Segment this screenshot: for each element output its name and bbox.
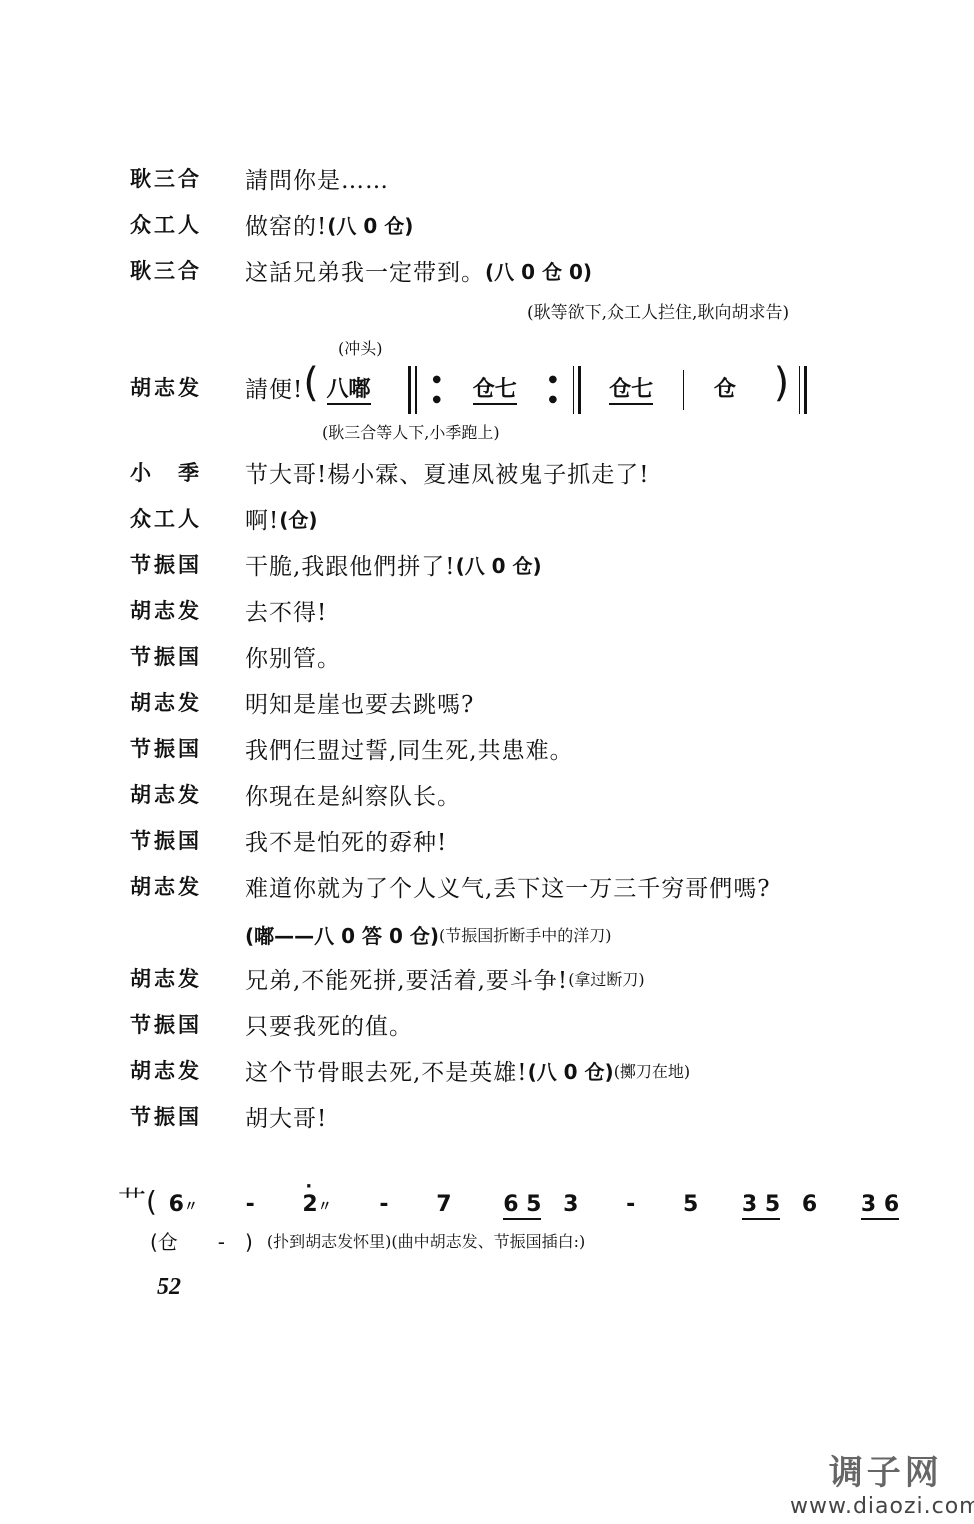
beat-4: 仓: [714, 377, 736, 402]
speaker-name: 节振国: [130, 733, 245, 763]
speaker-name: 众工人: [130, 503, 245, 533]
repeat-dots-icon: ●●: [432, 370, 441, 410]
percussion-notation: (仓): [279, 504, 317, 533]
dialogue-line: 胡志发 明知是崖也要去跳嗎?: [130, 682, 474, 722]
watermark: 调子网 www.diaozi.com: [790, 1445, 974, 1519]
dialogue-line: 胡志发 这个节骨眼去死,不是英雄! (八 0 仓) (擲刀在地): [130, 1050, 690, 1090]
note-group: 6 5: [503, 1192, 541, 1220]
repeat-dots-icon: ●●: [548, 370, 557, 410]
notation-label: (冲头): [338, 336, 383, 359]
speaker-name: 胡志发: [130, 372, 245, 402]
speech-text: 节大哥!楊小霖、夏連凤被鬼子抓走了!: [245, 456, 650, 489]
barline: [573, 366, 575, 414]
note-group: 3 5: [742, 1192, 780, 1220]
speaker-name: 节振国: [130, 1009, 245, 1039]
note: 5: [683, 1192, 698, 1217]
note: 3: [563, 1192, 578, 1217]
note: -: [626, 1192, 635, 1217]
speech-text: 这个节骨眼去死,不是英雄!: [245, 1054, 528, 1087]
speaker-name: 胡志发: [130, 963, 245, 993]
stage-direction: (曲中胡志发、节振国插白:): [391, 1229, 585, 1252]
beat-1: 八嘟: [327, 377, 371, 405]
speaker-name: 胡志发: [130, 779, 245, 809]
note: 7: [436, 1192, 451, 1217]
speech-text: 我不是怕死的孬种!: [245, 824, 447, 857]
watermark-url: www.diaozi.com: [790, 1494, 974, 1519]
speaker-name: 胡志发: [130, 595, 245, 625]
dialogue-line: 胡志发 兄弟,不能死拼,要活着,要斗争! (拿过断刀): [130, 958, 645, 998]
score-lyrics-line: (仓 - ) (扑到胡志发怀里) (曲中胡志发、节振国插白:): [150, 1220, 585, 1260]
speaker-name: 胡志发: [130, 687, 245, 717]
dialogue-line: 节振国 胡大哥!: [130, 1096, 327, 1136]
note: -: [246, 1192, 255, 1217]
speech-text: 請問你是……: [245, 162, 389, 195]
final-barline-thick: [804, 366, 807, 414]
stage-direction: (耿等欲下,众工人拦住,耿向胡求告): [527, 298, 789, 323]
final-barline: [799, 366, 801, 414]
percussion-notation: (八 0 仓): [456, 550, 542, 579]
speech-text: 只要我死的值。: [245, 1008, 413, 1041]
speaker-name: 众工人: [130, 209, 245, 239]
speech-text: 兄弟,不能死拼,要活着,要斗争!: [245, 962, 568, 995]
double-barline: [578, 366, 581, 414]
percussion-notation: (八 0 仓): [528, 1056, 614, 1085]
stage-direction: (耿三合等人下,小季跑上): [322, 420, 500, 443]
speaker-name: 胡志发: [130, 1055, 245, 1085]
speech-text: 难道你就为了个人义气,丢下这一万三千穷哥們嗎?: [245, 870, 771, 903]
dialogue-line: 众工人 做窑的! (八 0 仓): [130, 204, 413, 244]
dialogue-line: 胡志发 你現在是糾察队长。: [130, 774, 461, 814]
speaker-name: 耿三合: [130, 255, 245, 285]
dialogue-line: 众工人 啊! (仓): [130, 498, 318, 538]
score-prefix: 艹(: [118, 1185, 157, 1218]
speech-text: 明知是崖也要去跳嗎?: [245, 686, 474, 719]
speaker-name: 小 季: [130, 457, 245, 487]
note: 6: [169, 1192, 184, 1217]
stage-direction: (擲刀在地): [614, 1059, 691, 1082]
speaker-name: 节振国: [130, 641, 245, 671]
dialogue-line: 胡志发 去不得!: [130, 590, 327, 630]
speaker-name: 耿三合: [130, 163, 245, 193]
speech-text: 干脆,我跟他們拼了!: [245, 548, 456, 581]
speech-text: 我們仨盟过誓,同生死,共患难。: [245, 732, 574, 765]
dialogue-line: 胡志发 請便! ( 八嘟 ●● 仓七 ●● 仓七 仓 ): [130, 362, 809, 412]
dialogue-line: 耿三合 这話兄弟我一定带到。 (八 0 仓 0): [130, 250, 592, 290]
jianpu-score: 艹( 6〃 - 2〃 - 7 6 5 3 - 5 3 5 6 3 6: [118, 1180, 899, 1220]
percussion-notation: (嘟——八 0 答 0 仓): [245, 920, 439, 949]
speaker-name: 胡志发: [130, 871, 245, 901]
speech-text: 你現在是糾察队长。: [245, 778, 461, 811]
barline: [415, 366, 417, 414]
speaker-name: 节振国: [130, 549, 245, 579]
beat-2: 仓七: [473, 377, 517, 405]
dialogue-line: 节振国 我不是怕死的孬种!: [130, 820, 447, 860]
note-high: 2: [302, 1192, 317, 1217]
tremolo-mark-icon: 〃: [318, 1199, 332, 1215]
speaker-name: 节振国: [130, 825, 245, 855]
percussion-notation: (八 0 仓 0): [485, 256, 592, 285]
speech-text: 你别管。: [245, 640, 341, 673]
dialogue-line: 节振国 我們仨盟过誓,同生死,共患难。: [130, 728, 574, 768]
percussion-score: ( 八嘟 ●● 仓七 ●● 仓七 仓 ): [303, 360, 809, 414]
note-group: 3 6: [861, 1192, 899, 1220]
speech-text: 胡大哥!: [245, 1100, 327, 1133]
dialogue-line: 耿三合 請問你是……: [130, 158, 389, 198]
speech-text: 做窑的!: [245, 208, 327, 241]
double-barline: [408, 366, 411, 414]
percussion-notation: (仓 - ): [150, 1226, 253, 1255]
note: 6: [802, 1192, 817, 1217]
dialogue-line: (嘟——八 0 答 0 仓) (节振国折断手中的洋刀): [245, 914, 611, 954]
speech-text: 請便!: [245, 371, 303, 404]
dialogue-line: 小 季 节大哥!楊小霖、夏連凤被鬼子抓走了!: [130, 452, 650, 492]
page-number: 52: [157, 1274, 181, 1301]
dialogue-line: 节振国 只要我死的值。: [130, 1004, 413, 1044]
stage-direction: (扑到胡志发怀里): [267, 1229, 392, 1252]
note: -: [379, 1192, 388, 1217]
barline: [683, 370, 685, 410]
dialogue-line: 节振国 干脆,我跟他們拼了! (八 0 仓): [130, 544, 542, 584]
stage-direction: (拿过断刀): [568, 967, 645, 990]
dialogue-line: 胡志发 难道你就为了个人义气,丢下这一万三千穷哥們嗎?: [130, 866, 771, 906]
watermark-title: 调子网: [790, 1445, 974, 1494]
tremolo-mark-icon: 〃: [184, 1199, 198, 1215]
speech-text: 去不得!: [245, 594, 327, 627]
beat-3: 仓七: [609, 377, 653, 405]
dialogue-line: 节振国 你别管。: [130, 636, 341, 676]
speech-text: 啊!: [245, 502, 279, 535]
speaker-name: 节振国: [130, 1101, 245, 1131]
speech-text: 这話兄弟我一定带到。: [245, 254, 485, 287]
percussion-notation: (八 0 仓): [327, 210, 413, 239]
stage-direction: (节振国折断手中的洋刀): [439, 923, 612, 946]
